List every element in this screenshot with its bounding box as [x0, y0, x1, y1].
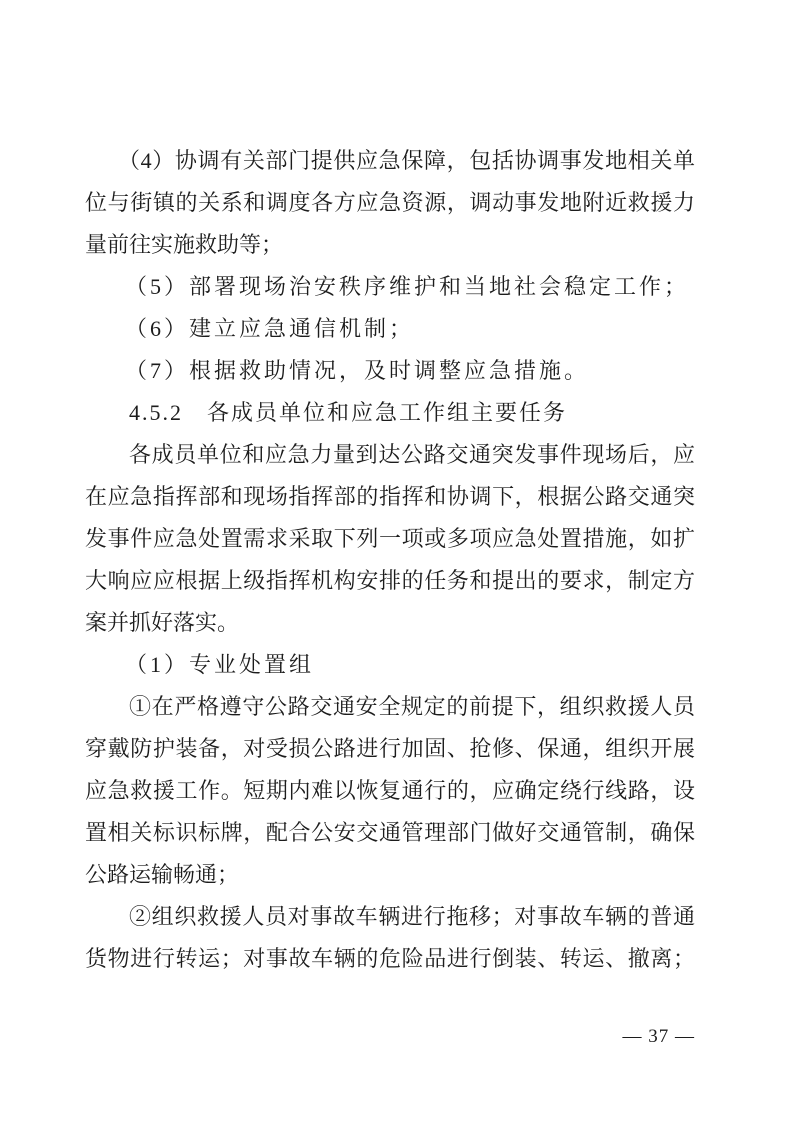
document-page: （4）协调有关部门提供应急保障，包括协调事发地相关单 位与街镇的关系和调度各方应…: [0, 0, 794, 1123]
list-item-line: （7）根据救助情况，及时调整应急措施。: [85, 350, 695, 392]
paragraph-line: 置相关标识标牌，配合公安交通管理部门做好交通管制，确保: [85, 812, 695, 854]
paragraph-line: 在应急指挥部和现场指挥部的指挥和协调下，根据公路交通突: [85, 476, 695, 518]
document-body: （4）协调有关部门提供应急保障，包括协调事发地相关单 位与街镇的关系和调度各方应…: [85, 140, 695, 980]
paragraph-line: 货物进行转运；对事故车辆的危险品进行倒装、转运、撤离；: [85, 938, 695, 980]
paragraph-line: 穿戴防护装备，对受损公路进行加固、抢修、保通，组织开展: [85, 728, 695, 770]
list-item-line: （6）建立应急通信机制；: [85, 308, 695, 350]
list-item-line: （1）专业处置组: [85, 644, 695, 686]
page-number: — 37 —: [623, 1026, 696, 1047]
paragraph-line: 应急救援工作。短期内难以恢复通行的，应确定绕行线路，设: [85, 770, 695, 812]
paragraph-line: 公路运输畅通；: [85, 854, 695, 896]
paragraph-line: ②组织救援人员对事故车辆进行拖移；对事故车辆的普通: [85, 896, 695, 938]
paragraph-line: 量前往实施救助等；: [85, 224, 695, 266]
paragraph-line: 位与街镇的关系和调度各方应急资源，调动事发地附近救援力: [85, 182, 695, 224]
paragraph-line: （4）协调有关部门提供应急保障，包括协调事发地相关单: [85, 140, 695, 182]
paragraph-line: 发事件应急处置需求采取下列一项或多项应急处置措施，如扩: [85, 518, 695, 560]
page-footer: — 37 —: [85, 1022, 695, 1052]
paragraph-line: ①在严格遵守公路交通安全规定的前提下，组织救援人员: [85, 686, 695, 728]
paragraph-line: 大响应应根据上级指挥机构安排的任务和提出的要求，制定方: [85, 560, 695, 602]
list-item-line: （5）部署现场治安秩序维护和当地社会稳定工作；: [85, 266, 695, 308]
paragraph-line: 各成员单位和应急力量到达公路交通突发事件现场后，应: [85, 434, 695, 476]
paragraph-line: 案并抓好落实。: [85, 602, 695, 644]
section-heading: 4.5.2 各成员单位和应急工作组主要任务: [85, 392, 695, 434]
